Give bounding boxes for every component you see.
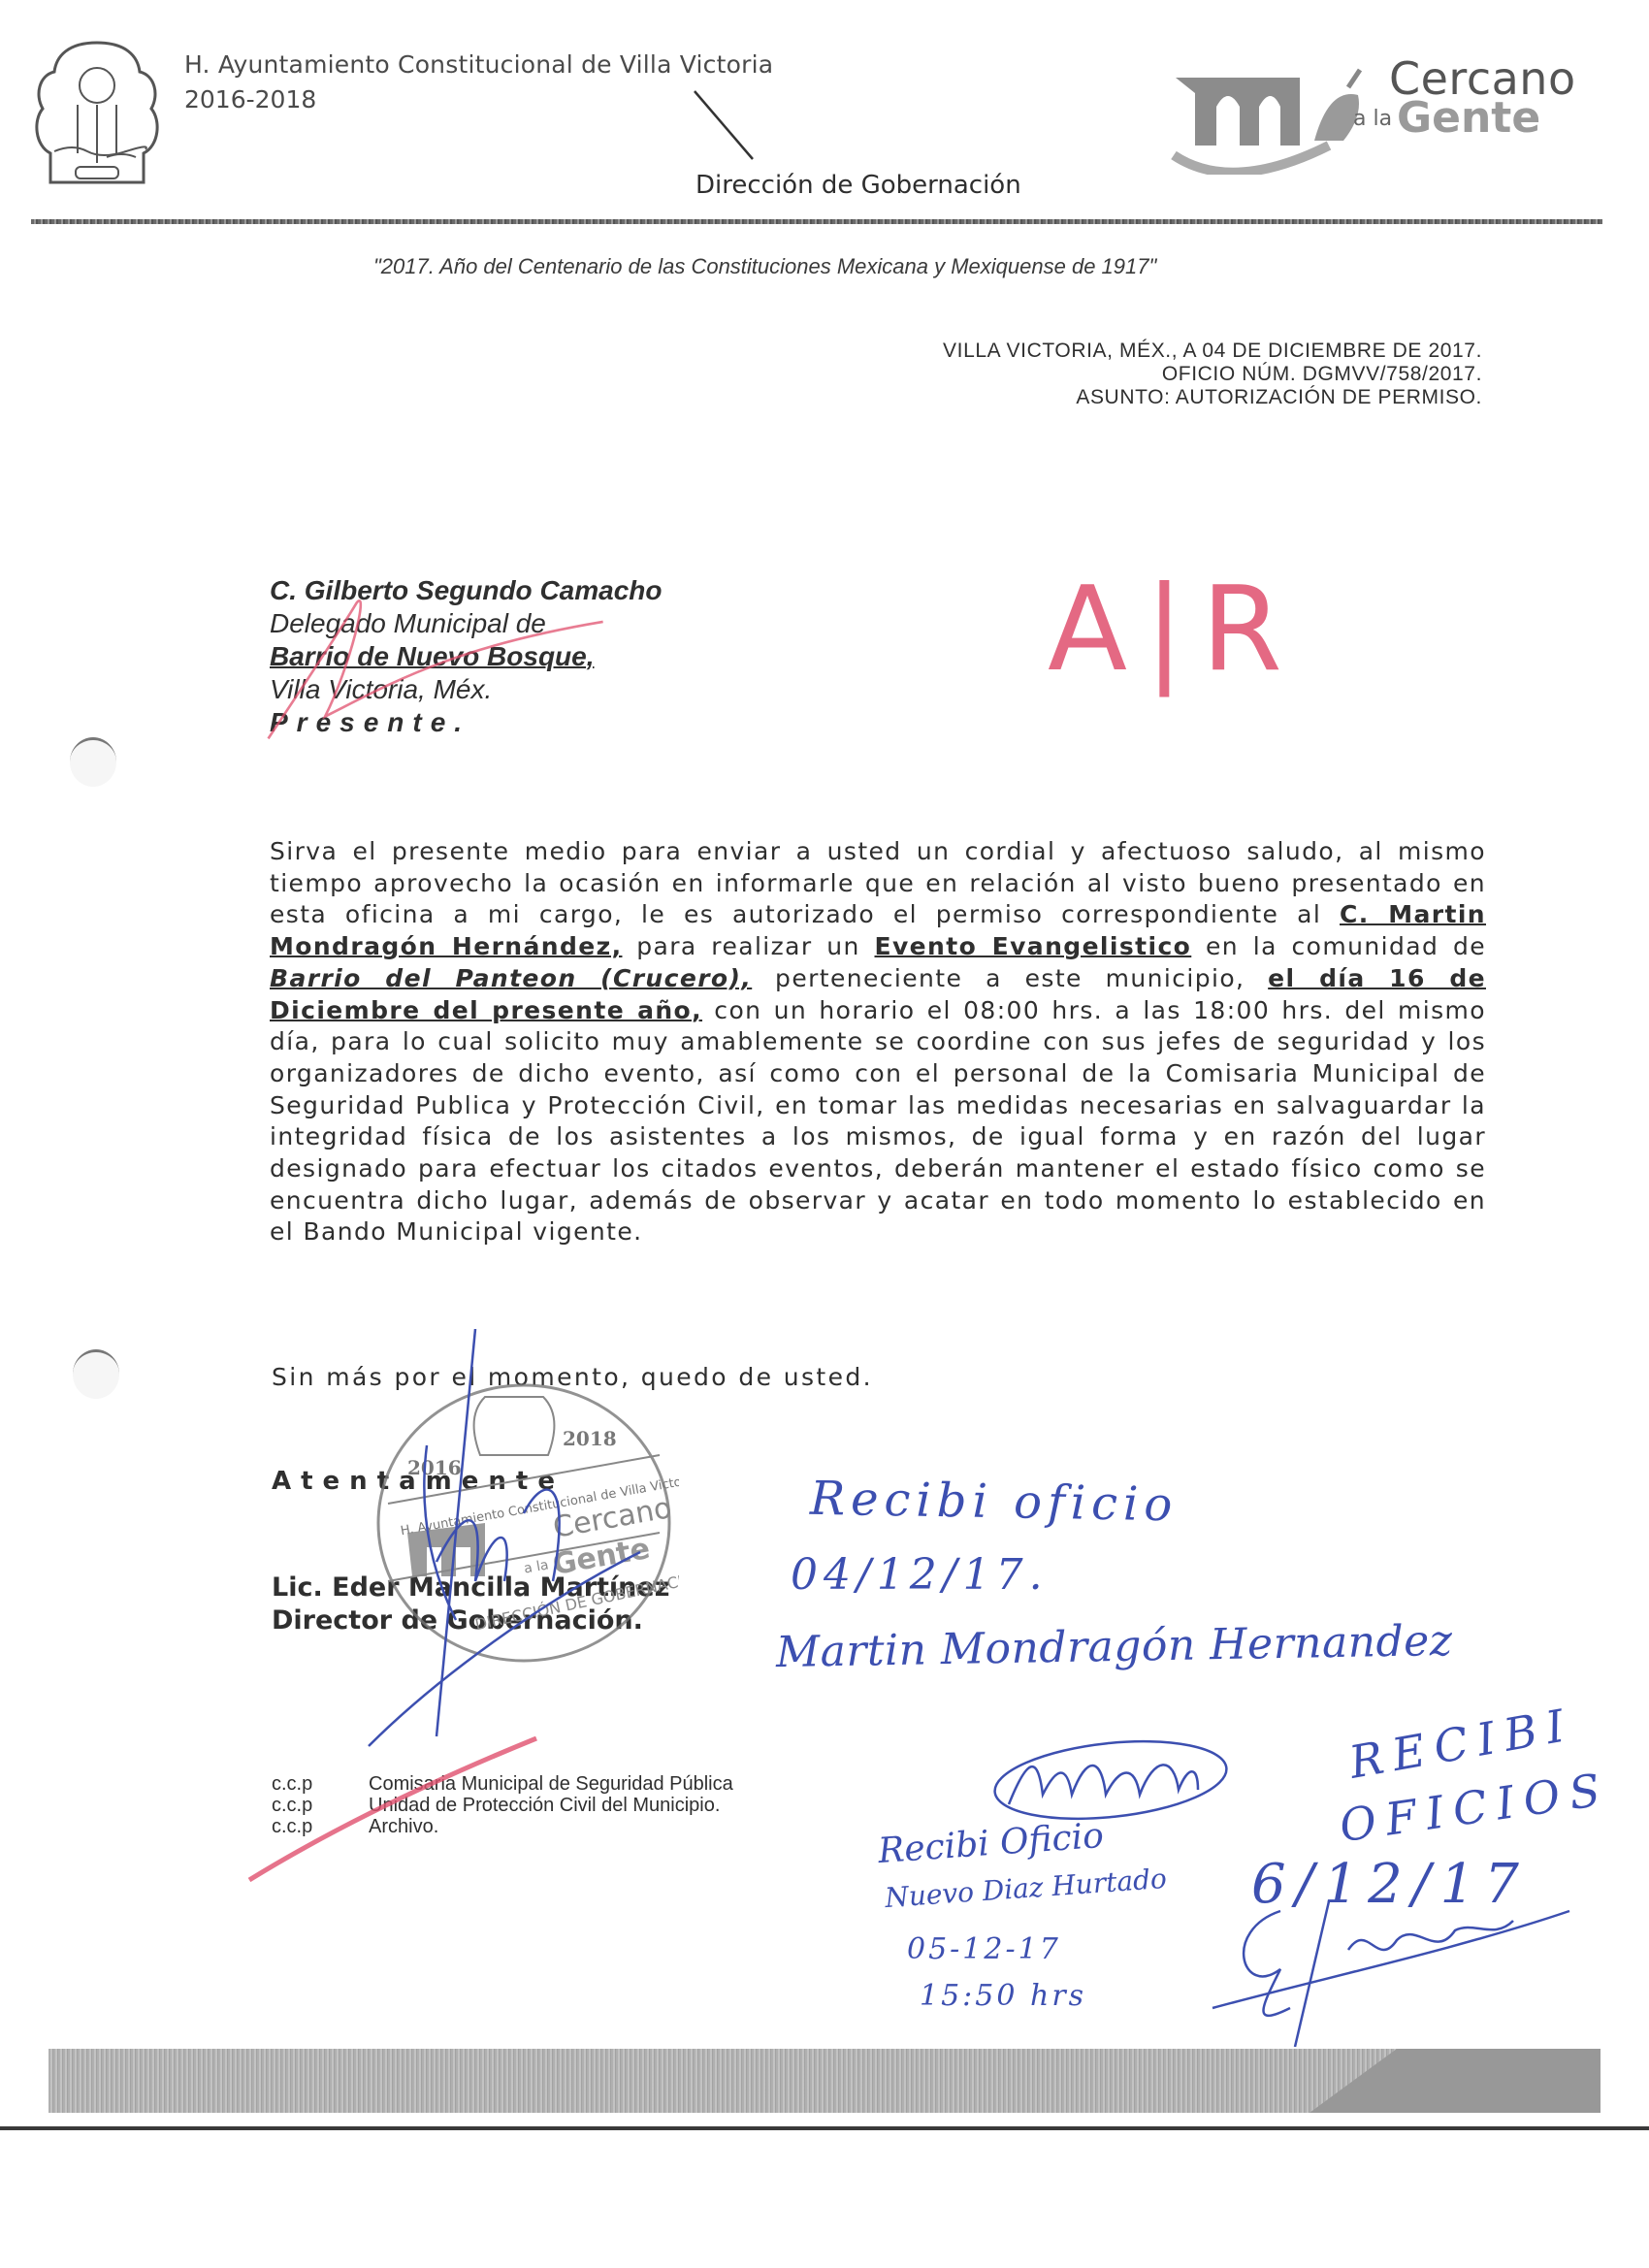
looped-signature <box>989 1736 1242 1824</box>
handwritten-receipt-1-date: 04/12/17. <box>791 1550 1049 1600</box>
handwritten-receipt-2-name: Nuevo Diaz Hurtado <box>884 1863 1168 1914</box>
addressee-role: Delegado Municipal de <box>270 607 662 640</box>
red-initials-annotation: A|R <box>1048 563 1300 697</box>
body-part-1: Sirva el presente medio para enviar a us… <box>270 837 1486 928</box>
addressee-city: Villa Victoria, Méx. <box>270 673 662 706</box>
header-divider <box>31 219 1602 224</box>
body-part-2: para realizar un <box>636 932 860 960</box>
cc-row: c.c.p Comisaria Municipal de Seguridad P… <box>272 1773 733 1795</box>
body-part-5: con un horario el 08:00 hrs. a las 18:00… <box>270 996 1486 1247</box>
cc-prefix: c.c.p <box>272 1795 369 1816</box>
municipal-crest-icon <box>29 37 165 192</box>
atentamente: Atentamente <box>272 1467 565 1496</box>
punch-hole <box>73 1349 119 1399</box>
place-date: VILLA VICTORIA, MÉX., A 04 DE DICIEMBRE … <box>943 340 1482 363</box>
event-community: Barrio del Panteon (Crucero), <box>270 964 752 992</box>
cc-row: c.c.p Archivo. <box>272 1816 733 1837</box>
addressee-block: C. Gilberto Segundo Camacho Delegado Mun… <box>270 574 662 739</box>
signer-title: Director de Gobernación. <box>272 1604 669 1637</box>
brand-gente-text: Gente <box>1397 93 1540 143</box>
carbon-copy-list: c.c.p Comisaria Municipal de Seguridad P… <box>272 1773 733 1837</box>
handwritten-receipt-1-line1: Recibi oficio <box>810 1472 1179 1533</box>
oficio-number: OFICIO NÚM. DGMVV/758/2017. <box>943 363 1482 386</box>
handwritten-receipt-2-time: 15:50 hrs <box>920 1979 1086 2013</box>
cc-recipient: Comisaria Municipal de Seguridad Pública <box>369 1773 733 1795</box>
svg-text:Cercano: Cercano <box>551 1491 675 1545</box>
footer-band <box>48 2049 1600 2113</box>
subject: ASUNTO: AUTORIZACIÓN DE PERMISO. <box>943 386 1482 409</box>
department-name: Dirección de Gobernación <box>695 171 1021 200</box>
handwritten-receipt-1-name: Martin Mondragón Hernandez <box>776 1616 1453 1677</box>
body-part-3: en la comunidad de <box>1206 932 1486 960</box>
cc-recipient: Archivo. <box>369 1816 438 1837</box>
organization-name: H. Ayuntamiento Constitucional de Villa … <box>184 50 773 79</box>
cc-prefix: c.c.p <box>272 1773 369 1795</box>
brand-a-la-text: a la <box>1353 107 1392 131</box>
punch-hole <box>70 737 116 787</box>
handwritten-receipt-2-date: 05-12-17 <box>907 1932 1061 1966</box>
body-part-4: perteneciente a este municipio, <box>775 964 1245 992</box>
year-motto: "2017. Año del Centenario de las Constit… <box>373 254 1156 279</box>
addressee-presente: Presente. <box>270 706 662 739</box>
director-signature <box>291 1329 737 1756</box>
receipt-3-signature <box>1203 1892 1571 2047</box>
handwritten-receipt-2-line1: Recibi Oficio <box>877 1816 1105 1871</box>
cc-prefix: c.c.p <box>272 1816 369 1837</box>
administration-period: 2016-2018 <box>184 85 316 113</box>
letter-body: Sirva el presente medio para enviar a us… <box>270 836 1486 1248</box>
svg-text:2018: 2018 <box>563 1427 617 1450</box>
addressee-name: C. Gilberto Segundo Camacho <box>270 574 662 607</box>
pen-stroke-mark <box>691 87 759 165</box>
cc-row: c.c.p Unidad de Protección Civil del Mun… <box>272 1795 733 1816</box>
signer-block: Lic. Eder Mancilla Martínez Director de … <box>272 1571 669 1637</box>
closing-line: Sin más por el momento, quedo de usted. <box>272 1363 873 1391</box>
page-edge <box>0 2126 1649 2130</box>
addressee-place: Barrio de Nuevo Bosque, <box>270 640 662 673</box>
document-references: VILLA VICTORIA, MÉX., A 04 DE DICIEMBRE … <box>943 340 1482 409</box>
cc-recipient: Unidad de Protección Civil del Municipio… <box>369 1795 720 1816</box>
signer-name: Lic. Eder Mancilla Martínez <box>272 1571 669 1604</box>
event-type: Evento Evangelistico <box>875 932 1192 960</box>
